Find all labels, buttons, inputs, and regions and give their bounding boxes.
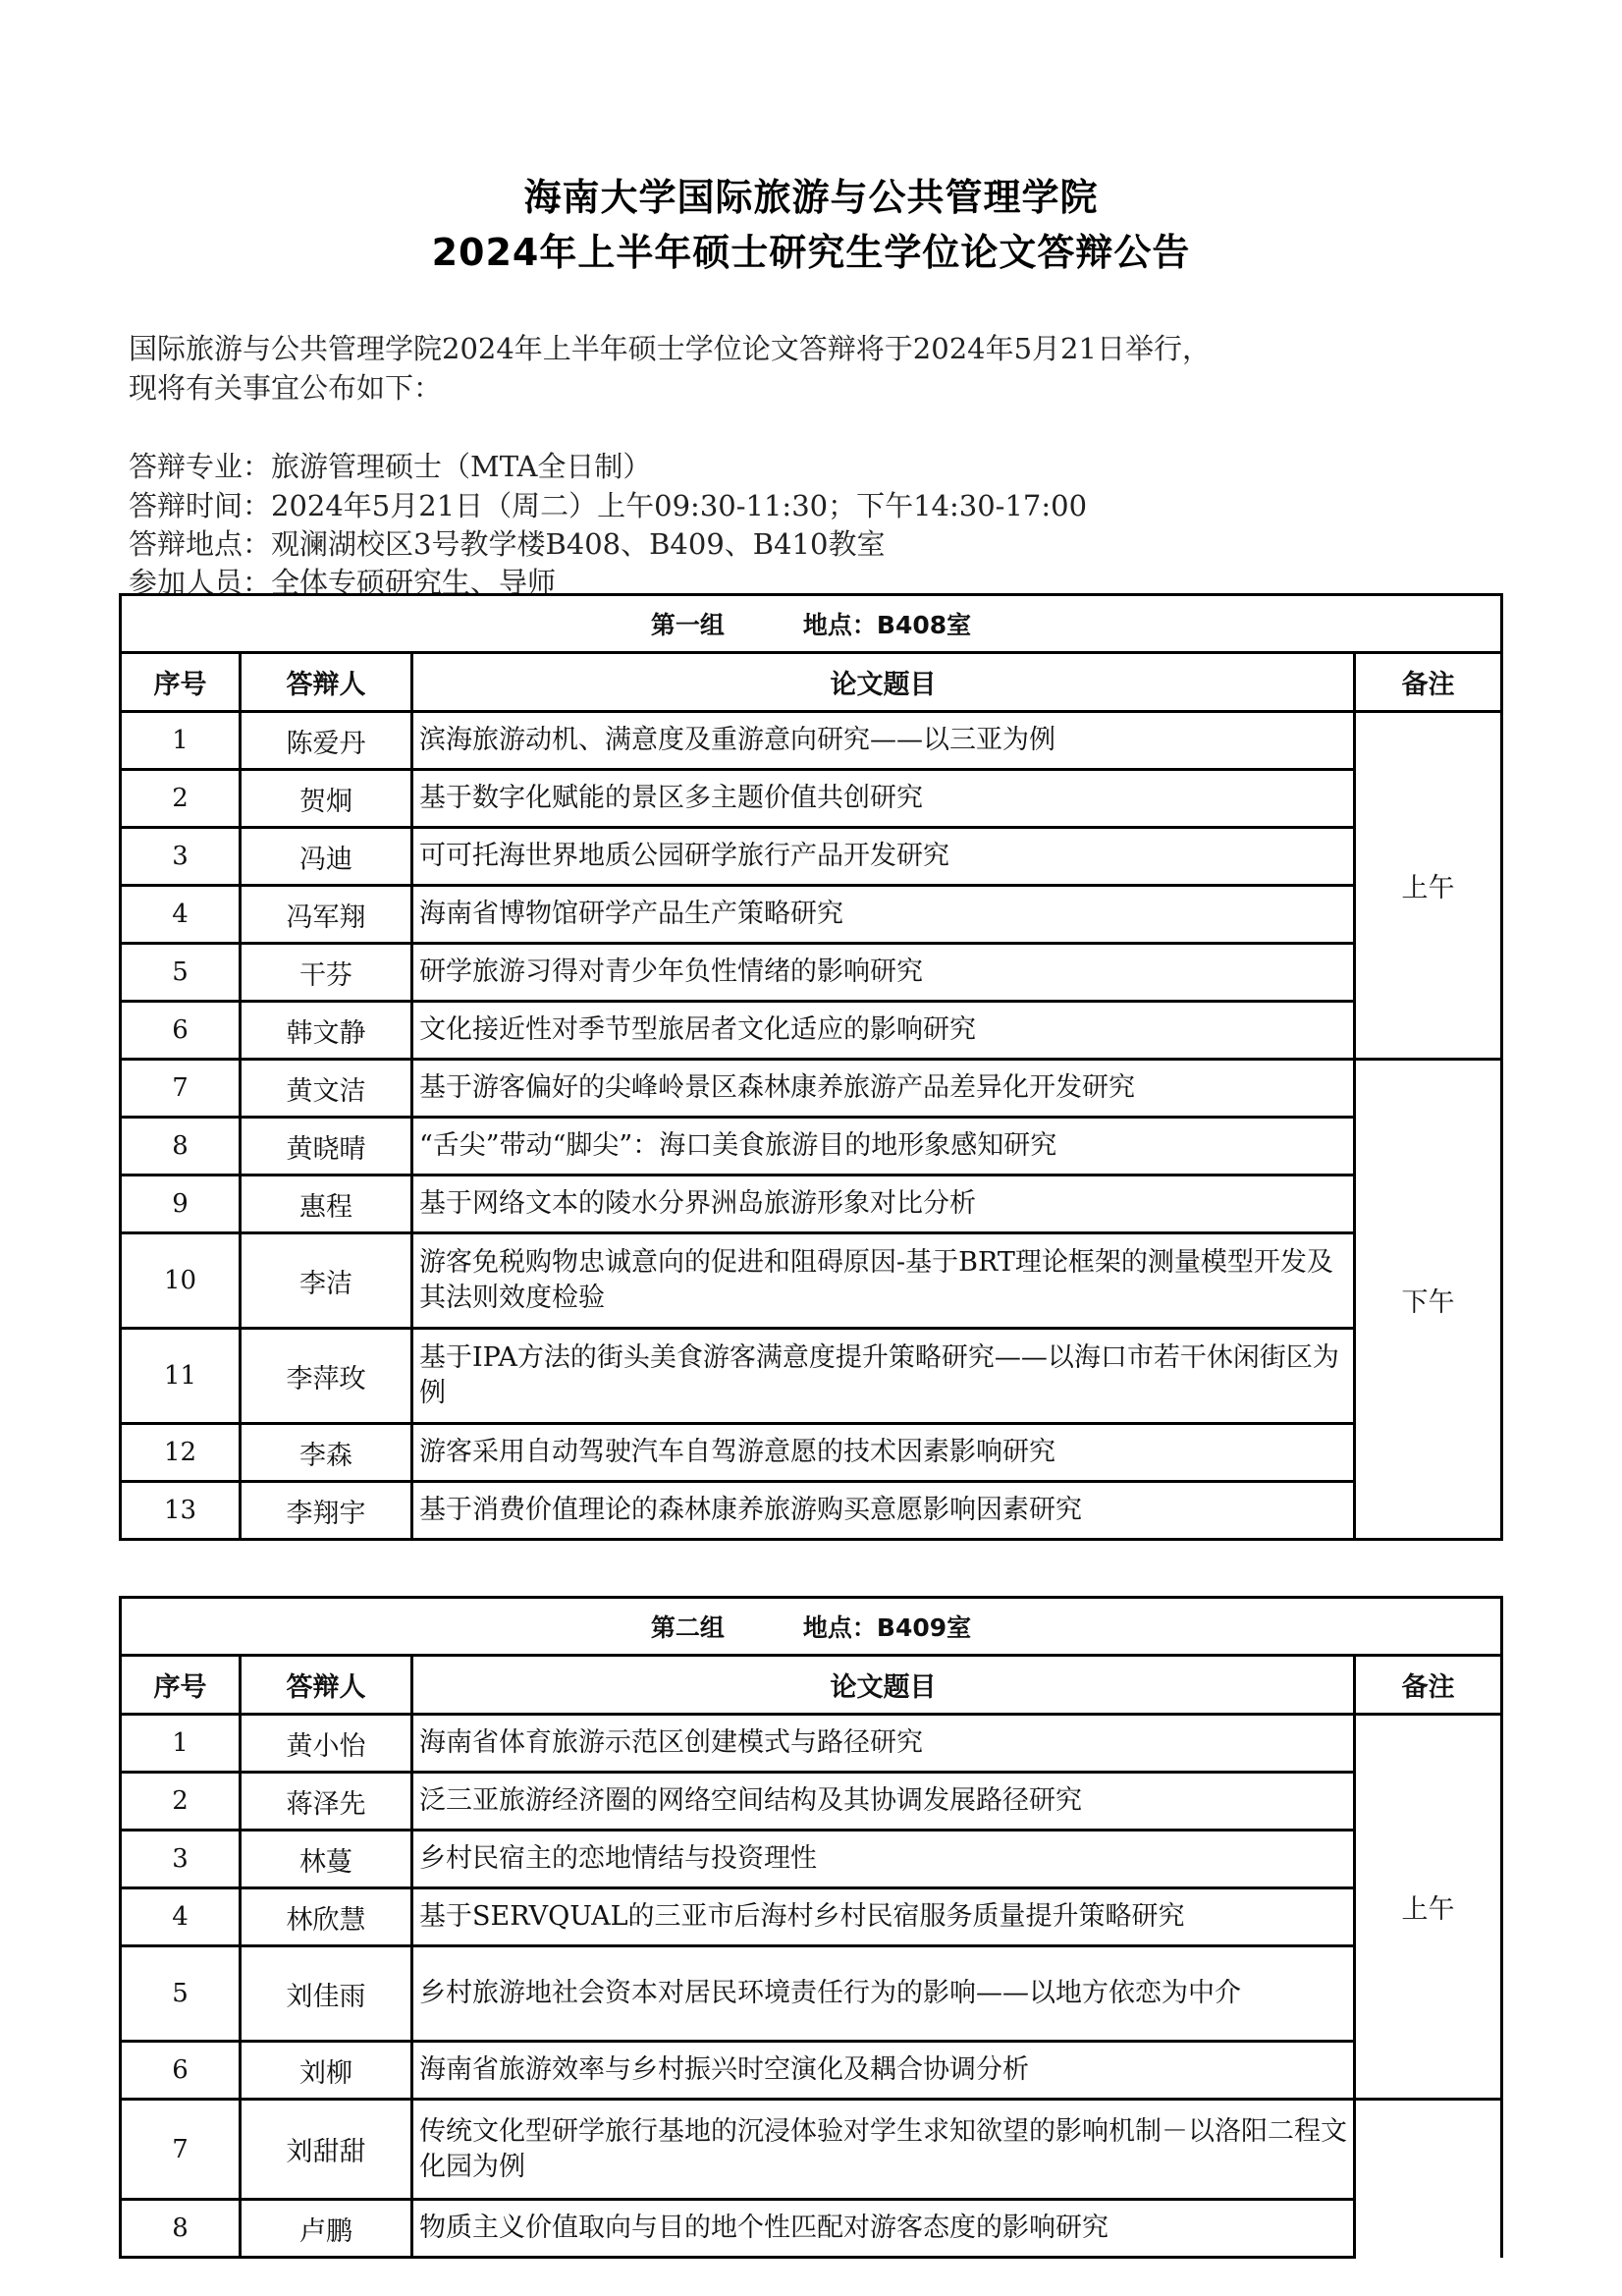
row-title: 海南省博物馆研学产品生产策略研究: [412, 886, 1355, 944]
row-no: 2: [121, 1773, 241, 1831]
row-name: 干芬: [241, 944, 412, 1002]
table-row: 6 韩文静 文化接近性对季节型旅居者文化适应的影响研究: [121, 1002, 1502, 1060]
row-no: 12: [121, 1424, 241, 1482]
row-name: 刘佳雨: [241, 1946, 412, 2042]
row-title: 基于IPA方法的街头美食游客满意度提升策略研究——以海口市若干休闲街区为例: [412, 1329, 1355, 1424]
row-no: 11: [121, 1329, 241, 1424]
row-title: 基于消费价值理论的森林康养旅游购买意愿影响因素研究: [412, 1482, 1355, 1540]
row-title: 游客免税购物忠诚意向的促进和阻碍原因-基于BRT理论框架的测量模型开发及其法则效…: [412, 1233, 1355, 1329]
row-name: 卢鹏: [241, 2200, 412, 2258]
column-header-remark: 备注: [1355, 653, 1502, 712]
row-name: 李翔宇: [241, 1482, 412, 1540]
table-row: 2 蒋泽先 泛三亚旅游经济圈的网络空间结构及其协调发展路径研究: [121, 1773, 1502, 1831]
row-title: 乡村民宿主的恋地情结与投资理性: [412, 1831, 1355, 1888]
table-row: 8 黄晓晴 “舌尖”带动“脚尖”：海口美食旅游目的地形象感知研究: [121, 1118, 1502, 1175]
group-2-table: 第二组地点：B409室 序号 答辩人 论文题目 备注 1 黄小怡 海南省体育旅游…: [119, 1596, 1503, 2259]
table-row: 1 黄小怡 海南省体育旅游示范区创建模式与路径研究 上午: [121, 1715, 1502, 1773]
table-row: 11 李萍玫 基于IPA方法的街头美食游客满意度提升策略研究——以海口市若干休闲…: [121, 1329, 1502, 1424]
row-title: 基于网络文本的陵水分界洲岛旅游形象对比分析: [412, 1175, 1355, 1233]
remark-afternoon: 下午: [1355, 1060, 1502, 1540]
row-no: 13: [121, 1482, 241, 1540]
row-no: 8: [121, 2200, 241, 2258]
row-name: 林蔓: [241, 1831, 412, 1888]
row-name: 黄文洁: [241, 1060, 412, 1118]
intro-line2: 现将有关事宜公布如下：: [129, 366, 442, 407]
table-row: 8 卢鹏 物质主义价值取向与目的地个性匹配对游客态度的影响研究: [121, 2200, 1502, 2258]
row-name: 黄小怡: [241, 1715, 412, 1773]
row-no: 8: [121, 1118, 241, 1175]
group-2-name: 第二组: [651, 1613, 725, 1642]
row-title: 游客采用自动驾驶汽车自驾游意愿的技术因素影响研究: [412, 1424, 1355, 1482]
row-title: 文化接近性对季节型旅居者文化适应的影响研究: [412, 1002, 1355, 1060]
row-name: 刘甜甜: [241, 2100, 412, 2200]
row-no: 5: [121, 1946, 241, 2042]
table-row: 4 冯军翔 海南省博物馆研学产品生产策略研究: [121, 886, 1502, 944]
row-name: 黄晓晴: [241, 1118, 412, 1175]
row-title: 滨海旅游动机、满意度及重游意向研究——以三亚为例: [412, 712, 1355, 770]
column-header-title: 论文题目: [412, 1656, 1355, 1715]
row-name: 李森: [241, 1424, 412, 1482]
row-title: 传统文化型研学旅行基地的沉浸体验对学生求知欲望的影响机制－以洛阳二程文化园为例: [412, 2100, 1355, 2200]
table-row: 1 陈爱丹 滨海旅游动机、满意度及重游意向研究——以三亚为例 上午: [121, 712, 1502, 770]
row-title: 乡村旅游地社会资本对居民环境责任行为的影响——以地方依恋为中介: [412, 1946, 1355, 2042]
row-title: 基于数字化赋能的景区多主题价值共创研究: [412, 770, 1355, 828]
row-name: 冯迪: [241, 828, 412, 886]
remark-morning: 上午: [1355, 1715, 1502, 2100]
row-no: 7: [121, 2100, 241, 2200]
row-name: 陈爱丹: [241, 712, 412, 770]
column-header-title: 论文题目: [412, 653, 1355, 712]
row-no: 1: [121, 1715, 241, 1773]
row-no: 1: [121, 712, 241, 770]
row-no: 6: [121, 1002, 241, 1060]
row-title: 可可托海世界地质公园研学旅行产品开发研究: [412, 828, 1355, 886]
row-no: 9: [121, 1175, 241, 1233]
table-row: 3 林蔓 乡村民宿主的恋地情结与投资理性: [121, 1831, 1502, 1888]
row-no: 10: [121, 1233, 241, 1329]
group-2-location: 地点：B409室: [803, 1613, 971, 1642]
row-name: 冯军翔: [241, 886, 412, 944]
row-name: 惠程: [241, 1175, 412, 1233]
row-no: 3: [121, 1831, 241, 1888]
table-row: 2 贺炯 基于数字化赋能的景区多主题价值共创研究: [121, 770, 1502, 828]
info-major: 答辩专业：旅游管理硕士（MTA全日制）: [129, 445, 651, 485]
column-header-name: 答辩人: [241, 1656, 412, 1715]
row-name: 蒋泽先: [241, 1773, 412, 1831]
row-title: 海南省体育旅游示范区创建模式与路径研究: [412, 1715, 1355, 1773]
row-title: 基于SERVQUAL的三亚市后海村乡村民宿服务质量提升策略研究: [412, 1888, 1355, 1946]
column-header-no: 序号: [121, 1656, 241, 1715]
table-row: 12 李森 游客采用自动驾驶汽车自驾游意愿的技术因素影响研究: [121, 1424, 1502, 1482]
row-no: 7: [121, 1060, 241, 1118]
table-row: 5 干芬 研学旅游习得对青少年负性情绪的影响研究: [121, 944, 1502, 1002]
intro-line1: 国际旅游与公共管理学院2024年上半年硕士学位论文答辩将于2024年5月21日举…: [129, 327, 1211, 367]
row-title: 基于游客偏好的尖峰岭景区森林康养旅游产品差异化开发研究: [412, 1060, 1355, 1118]
group-1-table: 第一组地点：B408室 序号 答辩人 论文题目 备注 1 陈爱丹 滨海旅游动机、…: [119, 593, 1503, 1541]
row-no: 6: [121, 2042, 241, 2100]
table-row: 9 惠程 基于网络文本的陵水分界洲岛旅游形象对比分析: [121, 1175, 1502, 1233]
remark-morning: 上午: [1355, 712, 1502, 1060]
row-name: 韩文静: [241, 1002, 412, 1060]
page-title-line1: 海南大学国际旅游与公共管理学院: [0, 167, 1622, 221]
row-no: 4: [121, 886, 241, 944]
table-row: 6 刘柳 海南省旅游效率与乡村振兴时空演化及耦合协调分析: [121, 2042, 1502, 2100]
group-2-header: 第二组地点：B409室: [121, 1598, 1502, 1656]
table-row: 3 冯迪 可可托海世界地质公园研学旅行产品开发研究: [121, 828, 1502, 886]
column-header-name: 答辩人: [241, 653, 412, 712]
row-no: 5: [121, 944, 241, 1002]
column-header-remark: 备注: [1355, 1656, 1502, 1715]
remark-afternoon: [1355, 2100, 1502, 2258]
row-title: “舌尖”带动“脚尖”：海口美食旅游目的地形象感知研究: [412, 1118, 1355, 1175]
table-row: 7 黄文洁 基于游客偏好的尖峰岭景区森林康养旅游产品差异化开发研究 下午: [121, 1060, 1502, 1118]
row-title: 泛三亚旅游经济圈的网络空间结构及其协调发展路径研究: [412, 1773, 1355, 1831]
row-no: 3: [121, 828, 241, 886]
row-name: 李洁: [241, 1233, 412, 1329]
group-1-header: 第一组地点：B408室: [121, 595, 1502, 653]
row-title: 研学旅游习得对青少年负性情绪的影响研究: [412, 944, 1355, 1002]
group-1-name: 第一组: [651, 611, 725, 639]
group-1-location: 地点：B408室: [803, 611, 971, 639]
row-title: 物质主义价值取向与目的地个性匹配对游客态度的影响研究: [412, 2200, 1355, 2258]
table-row: 4 林欣慧 基于SERVQUAL的三亚市后海村乡村民宿服务质量提升策略研究: [121, 1888, 1502, 1946]
row-title: 海南省旅游效率与乡村振兴时空演化及耦合协调分析: [412, 2042, 1355, 2100]
page-title-line2: 2024年上半年硕士研究生学位论文答辩公告: [0, 222, 1622, 276]
row-name: 贺炯: [241, 770, 412, 828]
info-place: 答辩地点：观澜湖校区3号教学楼B408、B409、B410教室: [129, 522, 885, 563]
column-header-no: 序号: [121, 653, 241, 712]
info-time: 答辩时间：2024年5月21日（周二）上午09:30-11:30；下午14:30…: [129, 484, 1087, 524]
row-no: 4: [121, 1888, 241, 1946]
row-name: 刘柳: [241, 2042, 412, 2100]
row-name: 林欣慧: [241, 1888, 412, 1946]
table-row: 13 李翔宇 基于消费价值理论的森林康养旅游购买意愿影响因素研究: [121, 1482, 1502, 1540]
row-name: 李萍玫: [241, 1329, 412, 1424]
table-row: 5 刘佳雨 乡村旅游地社会资本对居民环境责任行为的影响——以地方依恋为中介: [121, 1946, 1502, 2042]
row-no: 2: [121, 770, 241, 828]
table-row: 7 刘甜甜 传统文化型研学旅行基地的沉浸体验对学生求知欲望的影响机制－以洛阳二程…: [121, 2100, 1502, 2200]
table-row: 10 李洁 游客免税购物忠诚意向的促进和阻碍原因-基于BRT理论框架的测量模型开…: [121, 1233, 1502, 1329]
